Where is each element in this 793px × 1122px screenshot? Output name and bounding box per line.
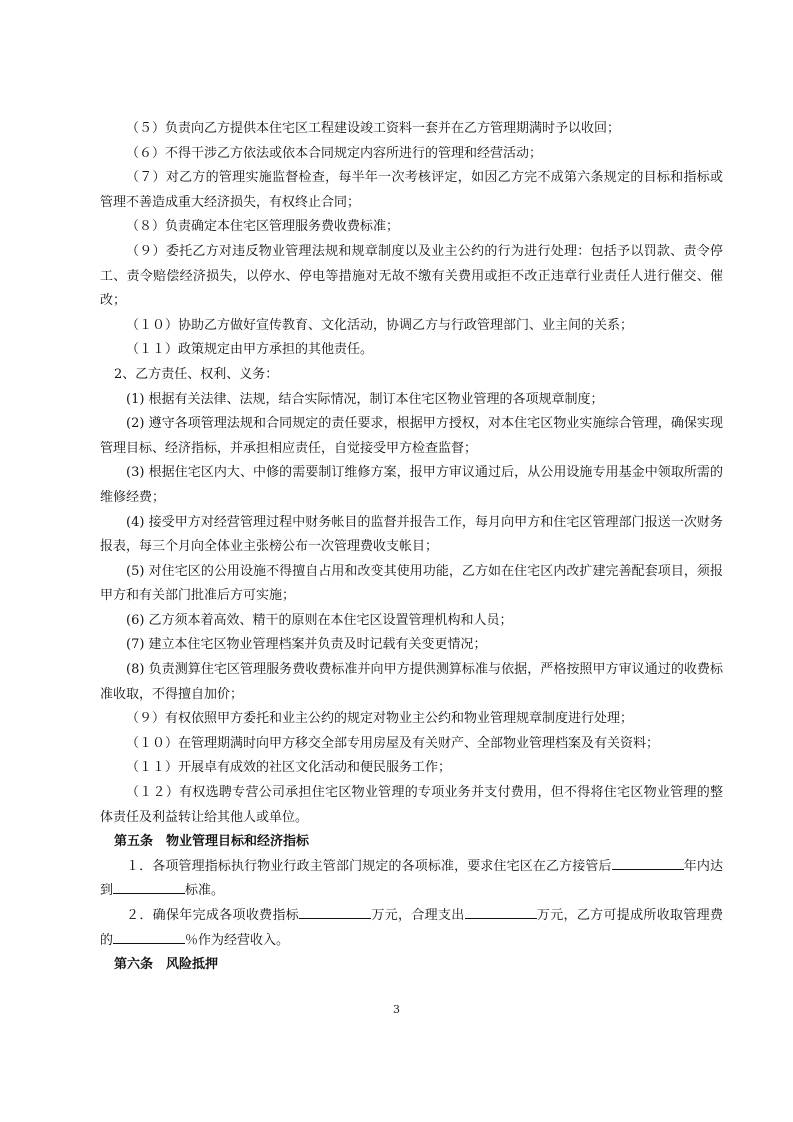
list-item: （１０）协助乙方做好宣传教育、文化活动，协调乙方与行政管理部门、业主间的关系； xyxy=(100,314,723,339)
list-item: （９）委托乙方对违反物业管理法规和规章制度以及业主公约的行为进行处理：包括予以罚… xyxy=(100,240,723,314)
fill-blank-fee-target[interactable] xyxy=(299,904,371,919)
list-item: （８）负责确定本住宅区管理服务费收费标准； xyxy=(100,215,723,240)
list-item: (7) 建立本住宅区物业管理档案并负责及时记载有关变更情况； xyxy=(100,633,723,658)
list-item: （７）对乙方的管理实施监督检查，每半年一次考核评定，如因乙方完不成第六条规定的目… xyxy=(100,166,723,215)
article-6-heading: 第六条 风险抵押 xyxy=(100,953,723,978)
list-item: (8) 负责测算住宅区管理服务费收费标准并向甲方提供测算标准与依据，严格按照甲方… xyxy=(100,658,723,707)
list-item: (3) 根据住宅区内大、中修的需要制订维修方案，报甲方审议通过后，从公用设施专用… xyxy=(100,461,723,510)
list-item: （１０）在管理期满时向甲方移交全部专用房屋及有关财产、全部物业管理档案及有关资料… xyxy=(100,732,723,757)
list-item: （５）负责向乙方提供本住宅区工程建设竣工资料一套并在乙方管理期满时予以收回； xyxy=(100,117,723,142)
clause-text: ２．确保年完成各项收费指标 xyxy=(126,908,299,923)
page-number: 3 xyxy=(0,1003,793,1016)
list-item: （１１）政策规定由甲方承担的其他责任。 xyxy=(100,338,723,363)
fill-blank-expenditure[interactable] xyxy=(465,904,537,919)
list-item: (2) 遵守各项管理法规和合同规定的责任要求，根据甲方授权，对本住宅区物业实施综… xyxy=(100,412,723,461)
article-5-heading: 第五条 物业管理目标和经济指标 xyxy=(100,830,723,855)
list-item: (6) 乙方须本着高效、精干的原则在本住宅区设置管理机构和人员； xyxy=(100,609,723,634)
article-5-clause-2: ２．确保年完成各项收费指标万元，合理支出万元，乙方可提成所收取管理费的％作为经营… xyxy=(100,904,723,953)
fill-blank-standard[interactable] xyxy=(113,879,185,894)
list-item: （１１）开展卓有成效的社区文化活动和便民服务工作； xyxy=(100,756,723,781)
clause-text: １．各项管理指标执行物业行政主管部门规定的各项标准，要求住宅区在乙方接管后 xyxy=(126,859,612,874)
fill-blank-years[interactable] xyxy=(612,855,684,870)
document-page: （５）负责向乙方提供本住宅区工程建设竣工资料一套并在乙方管理期满时予以收回；（６… xyxy=(100,117,723,978)
clause-text: 万元，合理支出 xyxy=(371,908,465,923)
list-item: (4) 接受甲方对经营管理过程中财务帐目的监督并报告工作，每月向甲方和住宅区管理… xyxy=(100,511,723,560)
list-item: （６）不得干涉乙方依法或依本合同规定内容所进行的管理和经营活动； xyxy=(100,142,723,167)
paragraph-list: （５）负责向乙方提供本住宅区工程建设竣工资料一套并在乙方管理期满时予以收回；（６… xyxy=(100,117,723,830)
list-item: (5) 对住宅区的公用设施不得擅自占用和改变其使用功能，乙方如在住宅区内改扩建完… xyxy=(100,560,723,609)
clause-text: ％作为经营收入。 xyxy=(185,933,289,948)
list-item: （１２）有权选聘专营公司承担住宅区物业管理的专项业务并支付费用，但不得将住宅区物… xyxy=(100,781,723,830)
list-item: (1) 根据有关法律、法规，结合实际情况，制订本住宅区物业管理的各项规章制度； xyxy=(100,388,723,413)
clause-text: 标准。 xyxy=(185,883,224,898)
fill-blank-percentage[interactable] xyxy=(113,929,185,944)
list-item: （９）有权依照甲方委托和业主公约的规定对物业主公约和物业管理规章制度进行处理； xyxy=(100,707,723,732)
article-5-clause-1: １．各项管理指标执行物业行政主管部门规定的各项标准，要求住宅区在乙方接管后年内达… xyxy=(100,855,723,904)
section-heading: 2、乙方责任、权利、义务： xyxy=(100,363,723,388)
